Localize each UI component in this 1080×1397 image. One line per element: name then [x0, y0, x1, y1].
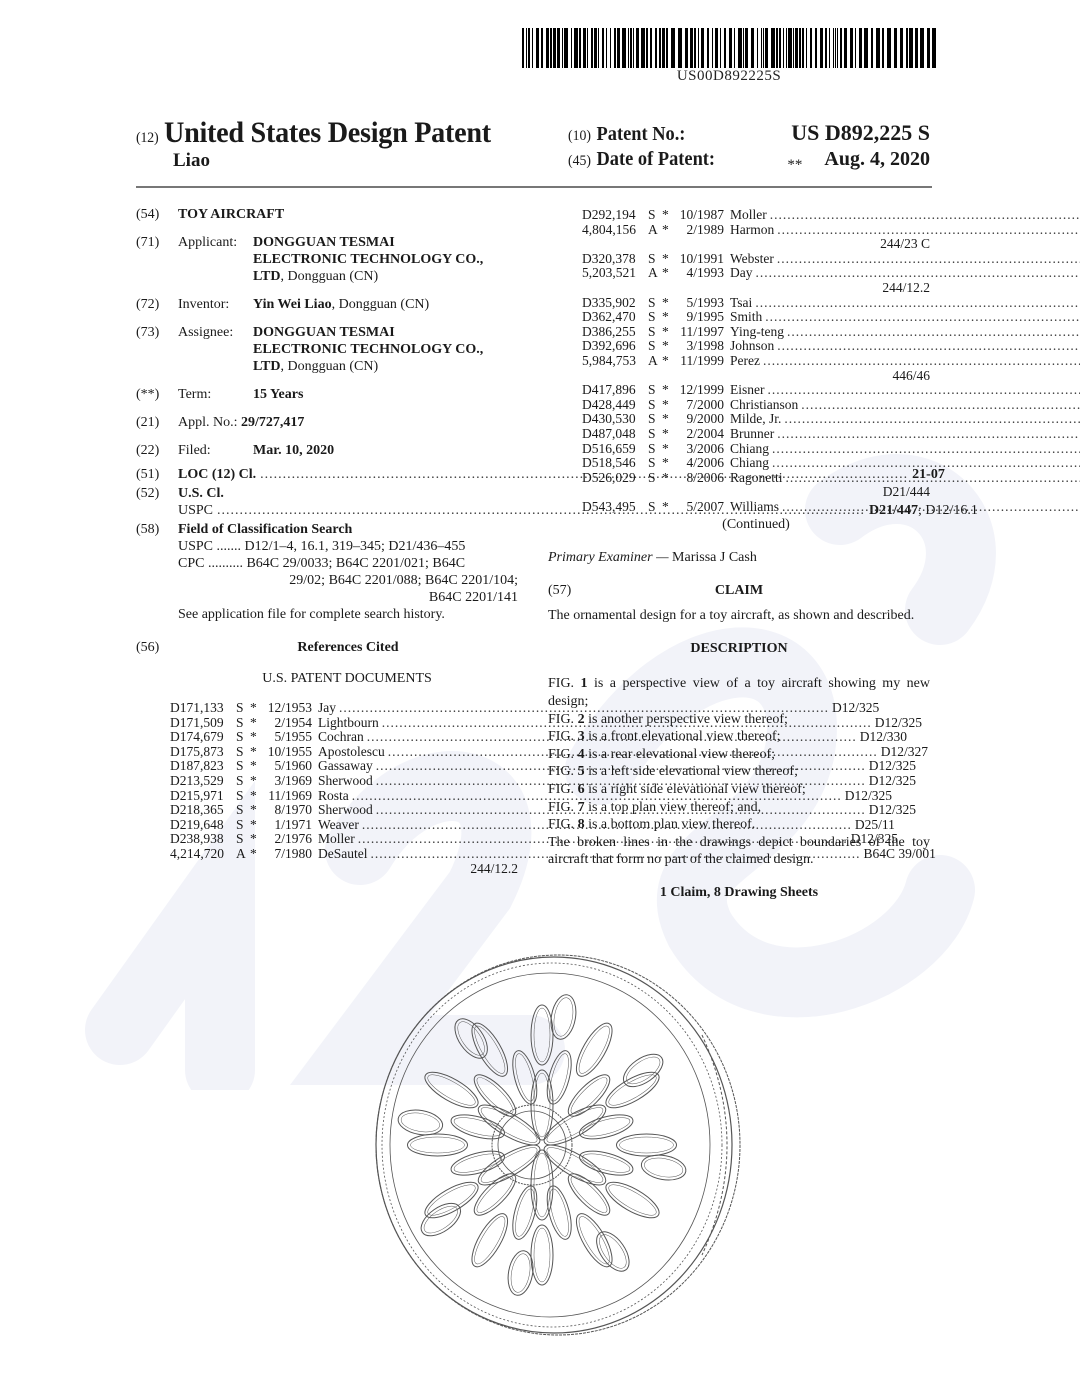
field-appl-no: (21) Appl. No.: 29/727,417: [136, 414, 518, 431]
reference-name: Brunner: [730, 427, 774, 442]
reference-date: 5/1955: [266, 730, 318, 745]
search-cpc-line: CPC .......... B64C 29/0033; B64C 2201/0…: [178, 556, 465, 571]
reference-kind: S: [648, 442, 662, 457]
field-classification-search: (58) Field of Classification Search USPC…: [136, 521, 518, 623]
inventor-value: Yin Wei Liao, Dongguan (CN): [253, 296, 518, 313]
reference-date: 2/1976: [266, 832, 318, 847]
examiner-cited-marker: *: [662, 456, 678, 471]
reference-class-extra: D21/444: [582, 485, 930, 500]
reference-name: Harmon: [730, 223, 774, 238]
reference-name: Smith: [730, 310, 762, 325]
reference-row: D219,648S*1/1971WeaverD25/11: [170, 818, 518, 833]
reference-name: Williams: [730, 500, 779, 515]
figure-number: 6: [578, 782, 585, 797]
reference-tail: EisnerD21/451: [730, 383, 1080, 398]
reference-row: D518,546S*4/2006ChiangD21/801: [582, 456, 930, 471]
figure-number: 5: [578, 764, 585, 779]
reference-date: 12/1999: [678, 383, 730, 398]
assignee-name-line: LTD: [253, 359, 281, 374]
inid-code: (73): [136, 324, 178, 375]
patent-number: US D892,225 S: [791, 120, 930, 146]
figure-description: FIG. 1 is a perspective view of a toy ai…: [548, 675, 930, 710]
inid-code: (21): [136, 414, 178, 431]
reference-date: 5/1960: [266, 759, 318, 774]
reference-kind: S: [648, 339, 662, 354]
examiner-name: Marissa J Cash: [672, 550, 757, 565]
examiner-cited-marker: *: [250, 847, 266, 862]
examiner-cited-marker: *: [250, 789, 266, 804]
examiner-cited-marker: *: [250, 818, 266, 833]
reference-name: Rosta: [318, 789, 349, 804]
reference-name: Moller: [318, 832, 355, 847]
reference-date: 10/1955: [266, 745, 318, 760]
leader-dots: [768, 383, 1080, 398]
assignee-name-line: ELECTRONIC TECHNOLOGY CO.,: [253, 342, 483, 357]
reference-number: D487,048: [582, 427, 648, 442]
reference-name: Lightbourn: [318, 716, 379, 731]
term-value: 15 Years: [253, 386, 518, 403]
search-uspc-label: USPC: [178, 539, 213, 554]
claim-heading: (57) CLAIM: [548, 582, 930, 599]
inid-code: (51): [136, 466, 178, 483]
leader-dots: [777, 223, 1080, 238]
leader-dots: [801, 398, 1080, 413]
reference-name: Day: [730, 266, 753, 281]
reference-row: D362,470S*9/1995SmithD21/443: [582, 310, 930, 325]
barcode-number: US00D892225S: [522, 68, 936, 85]
reference-kind: S: [648, 456, 662, 471]
reference-name: Ying-teng: [730, 325, 784, 340]
leader-dots: [777, 339, 1080, 354]
reference-number: D187,823: [170, 759, 236, 774]
document-title: United States Design Patent: [164, 116, 491, 149]
examiner-cited-marker: *: [662, 412, 678, 427]
reference-row: 4,804,156A*2/1989HarmonB64C 39/001: [582, 223, 930, 238]
figure-prefix: FIG.: [548, 817, 578, 832]
reference-name: Moller: [730, 208, 767, 223]
reference-date: 8/1970: [266, 803, 318, 818]
examiner-label: Primary Examiner: [548, 550, 653, 565]
field-filed: (22) Filed: Mar. 10, 2020: [136, 442, 518, 459]
reference-tail: PerezA63H 33/18: [730, 354, 1080, 369]
search-cpc-value: 29/02; B64C 2201/088; B64C 2201/104;: [178, 572, 518, 589]
inid-code: (71): [136, 234, 178, 285]
reference-row: D171,509S*2/1954LightbournD12/325: [170, 716, 518, 731]
reference-kind: S: [648, 252, 662, 267]
leader-dots: [763, 354, 1080, 369]
reference-row: D335,902S*5/1993TsaiD21/451: [582, 296, 930, 311]
leader-dots: [787, 325, 1080, 340]
filed-label: Filed:: [178, 442, 253, 459]
leader-dots: .......: [217, 539, 242, 554]
examiner-dash: —: [653, 550, 672, 565]
figure-text: is a perspective view of a toy aircraft …: [548, 676, 930, 709]
reference-number: D292,194: [582, 208, 648, 223]
figure-description: FIG. 6 is a right side elevational view …: [548, 781, 930, 799]
reference-row: D516,659S*3/2006ChiangD21/801: [582, 442, 930, 457]
reference-kind: S: [236, 730, 250, 745]
patent-number-label: Patent No.:: [597, 123, 686, 145]
examiner-cited-marker: *: [662, 339, 678, 354]
reference-number: D215,971: [170, 789, 236, 804]
reference-row: D174,679S*5/1955CochranD12/330: [170, 730, 518, 745]
reference-row: D430,530S*9/2000Milde, Jr.D12/320: [582, 412, 930, 427]
inid-code: (45): [568, 153, 591, 169]
reference-tail: JohnsonD12/325: [730, 339, 1080, 354]
reference-row: D526,029S*8/2006RagonettiA01K 15/025: [582, 471, 930, 486]
reference-name: Chiang: [730, 456, 769, 471]
leader-dots: [765, 310, 1080, 325]
applicant-name-line: LTD: [253, 269, 281, 284]
reference-tail: SmithD21/443: [730, 310, 1080, 325]
figure-prefix: FIG.: [548, 764, 578, 779]
examiner-cited-marker: *: [250, 701, 266, 716]
examiner-cited-marker: *: [662, 266, 678, 281]
reference-row: 5,203,521A*4/1993DayB64C 39/064: [582, 266, 930, 281]
reference-number: D218,365: [170, 803, 236, 818]
reference-kind: S: [236, 789, 250, 804]
reference-kind: S: [236, 803, 250, 818]
claims-sheets-summary: 1 Claim, 8 Drawing Sheets: [548, 884, 930, 901]
patent-header-left: (12)United States Design Patent Liao: [136, 116, 514, 172]
figure-number: 1: [581, 676, 588, 691]
reference-number: D392,696: [582, 339, 648, 354]
reference-row: D487,048S*2/2004BrunnerD12/325: [582, 427, 930, 442]
reference-tail: MollerD12/325: [730, 208, 1080, 223]
reference-row: D175,873S*10/1955ApostolescuD12/327: [170, 745, 518, 760]
reference-number: D174,679: [170, 730, 236, 745]
reference-kind: S: [648, 383, 662, 398]
field-applicant: (71) Applicant: DONGGUAN TESMAI ELECTRON…: [136, 234, 518, 285]
figure-text: is a right side elevational view thereof…: [585, 782, 806, 797]
reference-kind: S: [648, 208, 662, 223]
examiner-cited-marker: *: [662, 208, 678, 223]
patent-date: Aug. 4, 2020: [824, 148, 930, 170]
reference-row: 4,214,720A*7/1980DeSautelB64C 39/001: [170, 847, 518, 862]
description-title: DESCRIPTION: [548, 640, 930, 657]
applicant-location: , Dongguan (CN): [281, 269, 379, 284]
reference-name: Sherwood: [318, 774, 373, 789]
examiner-cited-marker: *: [662, 354, 678, 369]
examiner-cited-marker: *: [662, 427, 678, 442]
reference-kind: S: [236, 774, 250, 789]
reference-kind: A: [236, 847, 250, 862]
reference-kind: S: [648, 398, 662, 413]
reference-number: D213,529: [170, 774, 236, 789]
patent-date-group: **Aug. 4, 2020: [787, 148, 930, 171]
reference-tail: WilliamsD12/345: [730, 500, 1080, 515]
patent-number-label-group: (10)Patent No.:: [568, 123, 685, 146]
reference-name: Eisner: [730, 383, 765, 398]
reference-tail: ChiangD21/801: [730, 442, 1080, 457]
inventor-label: Inventor:: [178, 296, 253, 313]
reference-date: 7/1980: [266, 847, 318, 862]
field-us-cl: (52) U.S. Cl. USPCD21/447; D12/16.1: [136, 485, 518, 519]
reference-number: D518,546: [582, 456, 648, 471]
figure-prefix: FIG.: [548, 712, 578, 727]
reference-kind: S: [236, 818, 250, 833]
reference-date: 10/1991: [678, 252, 730, 267]
reference-date: 3/2006: [678, 442, 730, 457]
reference-kind: A: [648, 266, 662, 281]
reference-tail: Milde, Jr.D12/320: [730, 412, 1080, 427]
reference-date: 2/2004: [678, 427, 730, 442]
reference-kind: S: [648, 471, 662, 486]
inid-code: (58): [136, 521, 178, 623]
reference-tail: Ying-tengD12/320: [730, 325, 1080, 340]
figure-text: is another perspective view thereof;: [585, 712, 788, 727]
reference-name: Gassaway: [318, 759, 373, 774]
reference-row: D386,255S*11/1997Ying-tengD12/320: [582, 325, 930, 340]
inid-code: (52): [136, 485, 178, 519]
reference-number: D171,509: [170, 716, 236, 731]
reference-row: D543,495S*5/2007WilliamsD12/345: [582, 500, 930, 515]
reference-name: Ragonetti: [730, 471, 783, 486]
figure-prefix: FIG.: [548, 729, 578, 744]
figure-text: is a left side elevational view thereof;: [585, 764, 798, 779]
claim-text: The ornamental design for a toy aircraft…: [548, 607, 930, 624]
reference-tail: ChristiansonD21/398: [730, 398, 1080, 413]
barcode-graphic: [522, 28, 936, 68]
reference-number: D171,133: [170, 701, 236, 716]
reference-date: 11/1969: [266, 789, 318, 804]
reference-kind: S: [648, 427, 662, 442]
reference-number: D386,255: [582, 325, 648, 340]
inventor-name: Yin Wei Liao: [253, 297, 332, 312]
reference-kind: S: [236, 701, 250, 716]
reference-tail: BrunnerD12/325: [730, 427, 1080, 442]
reference-kind: S: [236, 832, 250, 847]
examiner-cited-marker: *: [662, 325, 678, 340]
examiner-cited-marker: *: [662, 398, 678, 413]
applicant-value: DONGGUAN TESMAI ELECTRONIC TECHNOLOGY CO…: [253, 234, 518, 285]
figure-description: FIG. 4 is a rear elevational view thereo…: [548, 746, 930, 764]
inventor-surname: Liao: [173, 150, 514, 172]
figure-descriptions: FIG. 1 is a perspective view of a toy ai…: [548, 675, 930, 833]
figure-text: is a bottom plan view thereof.: [585, 817, 756, 832]
inid-code: (22): [136, 442, 178, 459]
reference-name: Chiang: [730, 442, 769, 457]
figure-prefix: FIG.: [548, 676, 581, 691]
examiner-cited-marker: *: [250, 759, 266, 774]
bibliographic-column-left: (54) TOY AIRCRAFT (71) Applicant: DONGGU…: [136, 206, 518, 876]
reference-date: 8/2006: [678, 471, 730, 486]
figure-number: 4: [578, 747, 585, 762]
reference-tail: RagonettiA01K 15/025: [730, 471, 1080, 486]
references-subtitle: U.S. PATENT DOCUMENTS: [136, 670, 518, 687]
figure-description: FIG. 8 is a bottom plan view thereof.: [548, 816, 930, 834]
reference-name: Milde, Jr.: [730, 412, 781, 427]
leader-dots: [755, 296, 1080, 311]
leader-dots: [782, 500, 1080, 515]
applicant-name-line: DONGGUAN TESMAI: [253, 235, 395, 250]
reference-row: D320,378S*10/1991WebsterD12/319: [582, 252, 930, 267]
reference-name: Perez: [730, 354, 760, 369]
figure-text: is a front elevational view thereof;: [585, 729, 781, 744]
figure-description: FIG. 3 is a front elevational view there…: [548, 728, 930, 746]
reference-name: Christianson: [730, 398, 798, 413]
examiner-cited-marker: *: [662, 296, 678, 311]
search-label: Field of Classification Search: [178, 522, 352, 537]
reference-number: 4,804,156: [582, 223, 648, 238]
inventor-location: , Dongguan (CN): [332, 297, 430, 312]
figure-prefix: FIG.: [548, 782, 578, 797]
reference-tail: HarmonB64C 39/001: [730, 223, 1080, 238]
term-label: Term:: [178, 386, 253, 403]
leader-dots: [777, 427, 1080, 442]
reference-kind: A: [648, 354, 662, 369]
barcode: US00D892225S: [522, 28, 936, 85]
figure-number: 7: [578, 800, 585, 815]
reference-class-extra: 446/46: [582, 369, 930, 384]
patent-date-label-group: (45)Date of Patent:: [568, 148, 715, 171]
inid-code: (12): [136, 130, 158, 146]
inid-code: (54): [136, 206, 178, 223]
figure-number: 8: [578, 817, 585, 832]
reference-name: Johnson: [730, 339, 774, 354]
reference-row: D238,938S*2/1976MollerD12/325: [170, 832, 518, 847]
reference-number: D543,495: [582, 500, 648, 515]
examiner-cited-marker: *: [662, 310, 678, 325]
leader-dots: [777, 252, 1080, 267]
reference-number: 5,984,753: [582, 354, 648, 369]
invention-title: TOY AIRCRAFT: [178, 206, 518, 223]
reference-name: Apostolescu: [318, 745, 385, 760]
reference-number: D320,378: [582, 252, 648, 267]
reference-date: 4/1993: [678, 266, 730, 281]
examiner-cited-marker: *: [250, 803, 266, 818]
reference-row: 5,984,753A*11/1999PerezA63H 33/18: [582, 354, 930, 369]
reference-row: D428,449S*7/2000ChristiansonD21/398: [582, 398, 930, 413]
reference-date: 7/2000: [678, 398, 730, 413]
bibliographic-column-right: D292,194S*10/1987MollerD12/3254,804,156A…: [548, 206, 930, 901]
patent-header-right: (10)Patent No.: US D892,225 S (45)Date o…: [568, 120, 930, 171]
reference-row: D392,696S*3/1998JohnsonD12/325: [582, 339, 930, 354]
leader-dots: [784, 412, 1080, 427]
search-cpc-label: CPC: [178, 556, 204, 571]
loc-label: LOC (12) Cl.: [178, 466, 256, 483]
reference-date: 11/1999: [678, 354, 730, 369]
assignee-value: DONGGUAN TESMAI ELECTRONIC TECHNOLOGY CO…: [253, 324, 518, 375]
examiner-cited-marker: *: [662, 383, 678, 398]
patent-date-row: (45)Date of Patent: **Aug. 4, 2020: [568, 148, 930, 171]
field-loc: (51) LOC (12) Cl.21-07: [136, 466, 518, 483]
patent-type-title: (12)United States Design Patent: [136, 116, 491, 150]
applicant-label: Applicant:: [178, 234, 253, 285]
reference-date: 5/1993: [678, 296, 730, 311]
claim-title: CLAIM: [590, 582, 930, 599]
reference-name: Cochran: [318, 730, 364, 745]
applicant-name-line: ELECTRONIC TECHNOLOGY CO.,: [253, 252, 483, 267]
reference-name: Jay: [318, 701, 336, 716]
reference-kind: S: [236, 745, 250, 760]
reference-date: 5/2007: [678, 500, 730, 515]
examiner-cited-marker: *: [250, 774, 266, 789]
search-history-note: See application file for complete search…: [178, 606, 518, 623]
reference-date: 1/1971: [266, 818, 318, 833]
search-group: Field of Classification Search USPC ....…: [178, 521, 518, 623]
field-term: (**) Term: 15 Years: [136, 386, 518, 403]
reference-number: D238,938: [170, 832, 236, 847]
search-uspc-line: USPC ....... D12/1–4, 16.1, 319–345; D21…: [178, 539, 465, 554]
reference-row: D215,971S*11/1969RostaD12/325: [170, 789, 518, 804]
examiner-cited-marker: *: [662, 223, 678, 238]
reference-date: 3/1969: [266, 774, 318, 789]
reference-kind: A: [648, 223, 662, 238]
leader-dots: ..........: [208, 556, 243, 571]
filed-value: Mar. 10, 2020: [253, 442, 518, 459]
reference-kind: S: [236, 716, 250, 731]
reference-number: 4,214,720: [170, 847, 236, 862]
reference-date: 4/2006: [678, 456, 730, 471]
inid-code: (57): [548, 582, 590, 599]
examiner-cited-marker: *: [662, 252, 678, 267]
figure-number: 3: [578, 729, 585, 744]
examiner-cited-marker: *: [250, 716, 266, 731]
date-notice-marker: **: [787, 157, 802, 173]
reference-number: D430,530: [582, 412, 648, 427]
reference-date: 10/1987: [678, 208, 730, 223]
assignee-location: , Dongguan (CN): [281, 359, 379, 374]
header-divider: [136, 186, 932, 188]
assignee-name-line: DONGGUAN TESMAI: [253, 325, 395, 340]
reference-date: 3/1998: [678, 339, 730, 354]
appl-no-group: Appl. No.: 29/727,417: [178, 414, 518, 431]
reference-kind: S: [648, 310, 662, 325]
reference-date: 2/1954: [266, 716, 318, 731]
figure-prefix: FIG.: [548, 800, 578, 815]
uspc-label: USPC: [178, 502, 213, 519]
leader-dots: [786, 471, 1080, 486]
reference-number: D175,873: [170, 745, 236, 760]
reference-name: Weaver: [318, 818, 359, 833]
reference-tail: WebsterD12/319: [730, 252, 1080, 267]
broken-lines-note: The broken lines in the drawings depict …: [548, 834, 930, 869]
search-cpc-value: B64C 2201/141: [178, 589, 518, 606]
reference-class-extra: 244/12.2: [582, 281, 930, 296]
examiner-cited-marker: *: [662, 500, 678, 515]
reference-number: D526,029: [582, 471, 648, 486]
reference-kind: S: [648, 412, 662, 427]
references-heading: (56) References Cited: [136, 639, 518, 656]
reference-row: D187,823S*5/1960GassawayD12/325: [170, 759, 518, 774]
reference-class-extra: 244/12.2: [170, 862, 518, 877]
reference-name: Sherwood: [318, 803, 373, 818]
reference-row: D292,194S*10/1987MollerD12/325: [582, 208, 930, 223]
reference-name: Webster: [730, 252, 774, 267]
field-assignee: (73) Assignee: DONGGUAN TESMAI ELECTRONI…: [136, 324, 518, 375]
references-title: References Cited: [178, 639, 518, 656]
reference-date: 9/1995: [678, 310, 730, 325]
examiner-cited-marker: *: [250, 730, 266, 745]
reference-tail: TsaiD21/451: [730, 296, 1080, 311]
figure-description: FIG. 5 is a left side elevational view t…: [548, 763, 930, 781]
field-inventor: (72) Inventor: Yin Wei Liao, Dongguan (C…: [136, 296, 518, 313]
references-continued: (Continued): [548, 516, 930, 533]
us-cl-label: U.S. Cl.: [178, 486, 224, 501]
appl-no-value: 29/727,417: [241, 415, 304, 430]
reference-date: 12/1953: [266, 701, 318, 716]
patent-number-row: (10)Patent No.: US D892,225 S: [568, 120, 930, 146]
reference-row: D213,529S*3/1969SherwoodD12/325: [170, 774, 518, 789]
reference-number: 5,203,521: [582, 266, 648, 281]
reference-date: 9/2000: [678, 412, 730, 427]
search-cpc-value: B64C 29/0033; B64C 2201/021; B64C: [246, 556, 465, 571]
reference-tail: DayB64C 39/064: [730, 266, 1080, 281]
figure-description: FIG. 7 is a top plan view thereof; and,: [548, 799, 930, 817]
inid-code: (**): [136, 386, 178, 403]
leader-dots: [772, 442, 1080, 457]
